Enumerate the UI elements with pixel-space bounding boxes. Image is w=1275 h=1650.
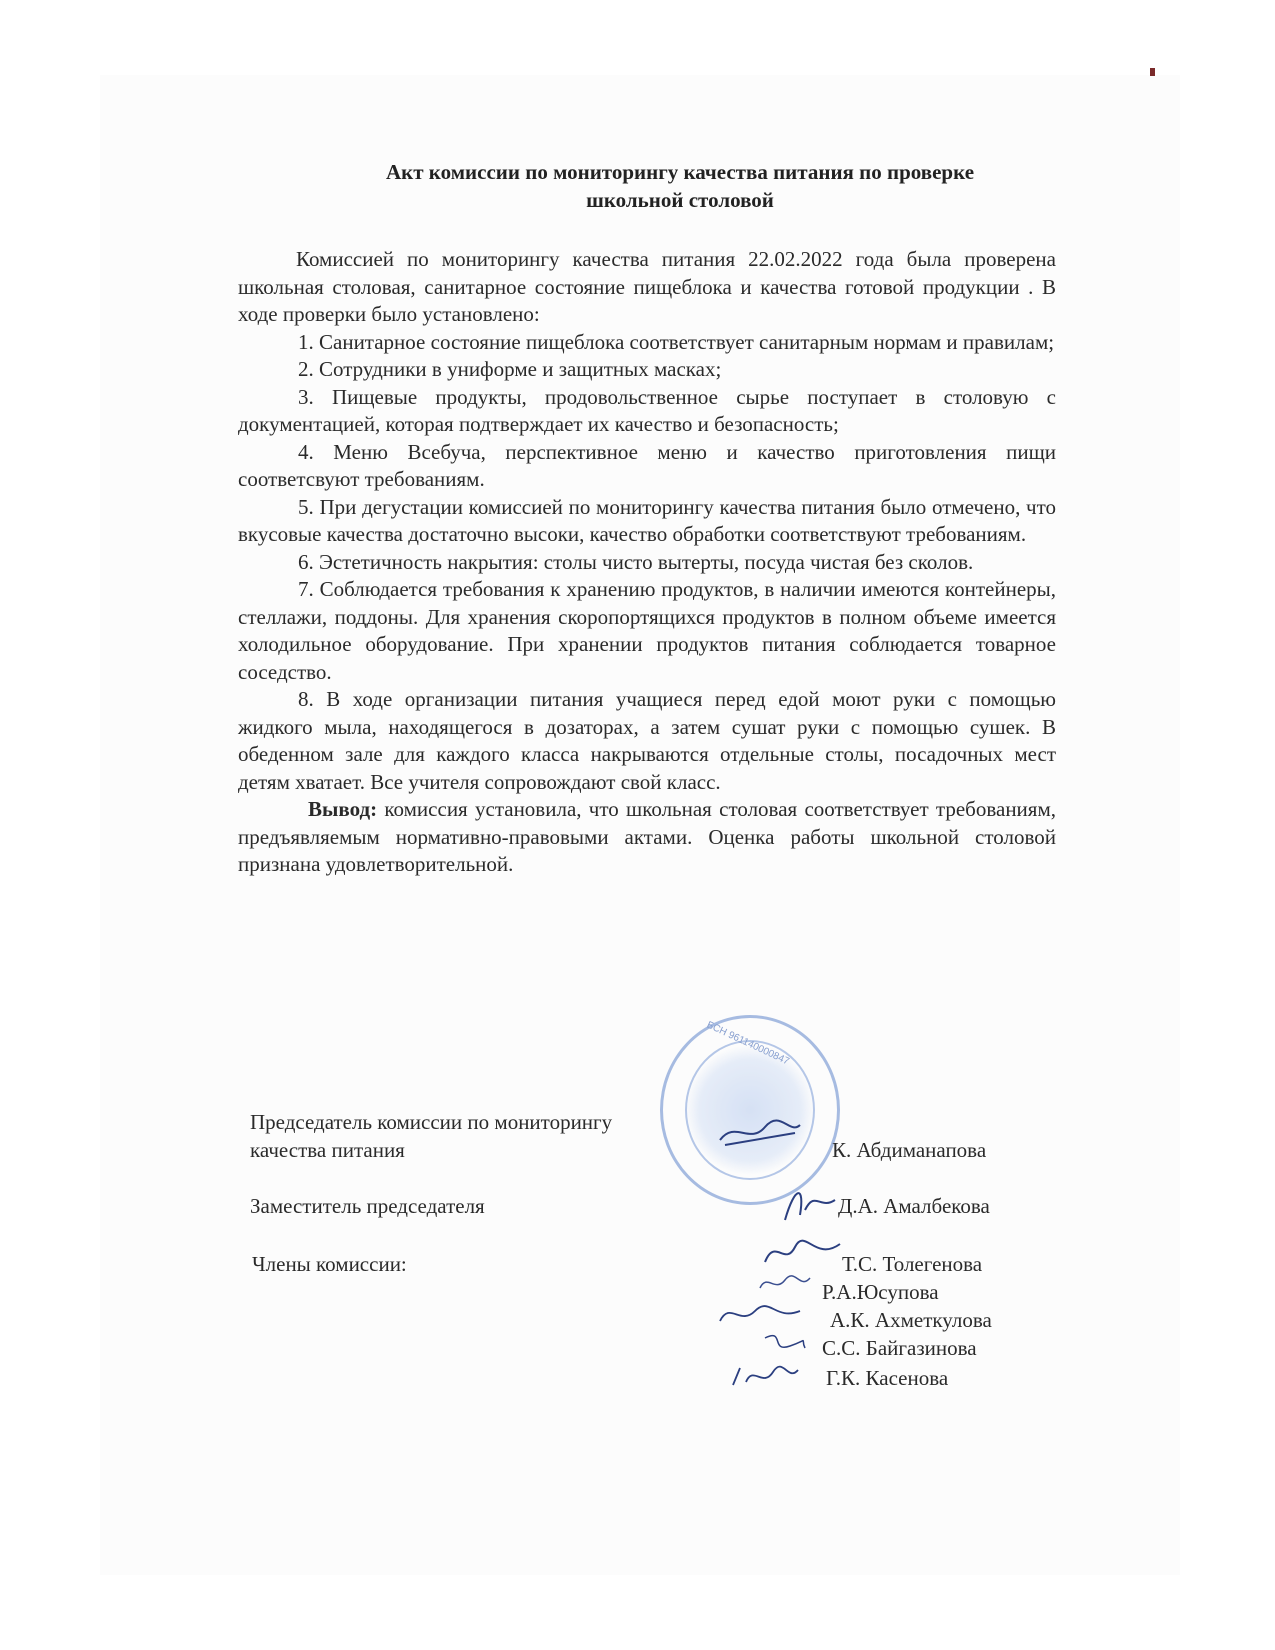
member-name-2: Р.А.Юсупова [822,1278,939,1306]
intro-paragraph: Комиссией по мониторингу качества питани… [238,246,1056,329]
finding-item-8: 8. В ходе организации питания учащиеся п… [238,686,1056,796]
member-1-signature-icon [760,1232,845,1272]
scan-speck [1150,68,1155,76]
conclusion-paragraph: Вывод: комиссия установила, что школьная… [238,796,1056,879]
official-stamp: БСН 961140000847 [660,1015,840,1205]
member-3-signature-icon [715,1296,805,1330]
conclusion-label: Вывод: [308,797,377,821]
finding-item-1: 1. Санитарное состояние пищеблока соотве… [238,329,1056,357]
member-4-signature-icon [760,1328,810,1358]
finding-item-3: 3. Пищевые продукты, продовольственное с… [238,384,1056,439]
members-label: Члены комиссии: [252,1250,407,1278]
chair-name: К. Абдиманапова [832,1136,986,1164]
deputy-signature-icon [780,1180,840,1225]
stamp-emblem-icon [685,1040,815,1180]
member-name-4: С.С. Байгазинова [822,1334,977,1362]
member-name-3: А.К. Ахметкулова [830,1306,992,1334]
chair-role-line-1: Председатель комиссии по мониторингу [250,1108,612,1136]
chair-role-line-2: качества питания [250,1136,612,1164]
finding-item-4: 4. Меню Всебуча, перспективное меню и ка… [238,439,1056,494]
finding-item-2: 2. Сотрудники в униформе и защитных маск… [238,356,1056,384]
member-name-5: Г.К. Касенова [826,1364,948,1392]
title-line-1: Акт комиссии по мониторингу качества пит… [290,158,1070,186]
finding-item-5: 5. При дегустации комиссией по мониторин… [238,494,1056,549]
deputy-role: Заместитель председателя [250,1192,485,1220]
finding-item-7: 7. Соблюдается требования к хранению про… [238,576,1056,686]
finding-item-6: 6. Эстетичность накрытия: столы чисто вы… [238,549,1056,577]
member-name-1: Т.С. Толегенова [842,1250,982,1278]
member-5-signature-icon [728,1360,803,1392]
title-line-2: школьной столовой [290,186,1070,214]
chair-role: Председатель комиссии по мониторингу кач… [250,1108,612,1164]
document-title: Акт комиссии по мониторингу качества пит… [290,158,1070,214]
deputy-name: Д.А. Амалбекова [838,1192,990,1220]
chair-signature-icon [715,1115,805,1155]
document-body: Комиссией по мониторингу качества питани… [238,246,1056,879]
member-2-signature-icon [755,1268,815,1298]
